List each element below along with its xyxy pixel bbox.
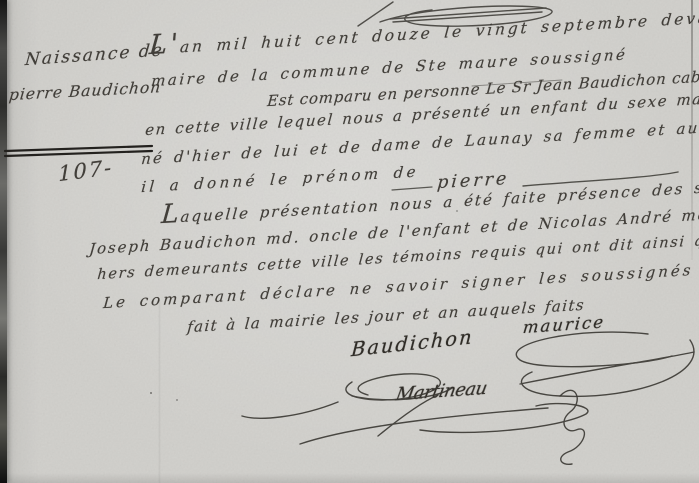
binding-edge bbox=[0, 0, 7, 483]
ink-specks bbox=[150, 392, 152, 394]
paper-crease bbox=[158, 300, 161, 483]
scanned-register-page: Naissance de pierre Baudichon 107- L'an … bbox=[0, 0, 699, 483]
